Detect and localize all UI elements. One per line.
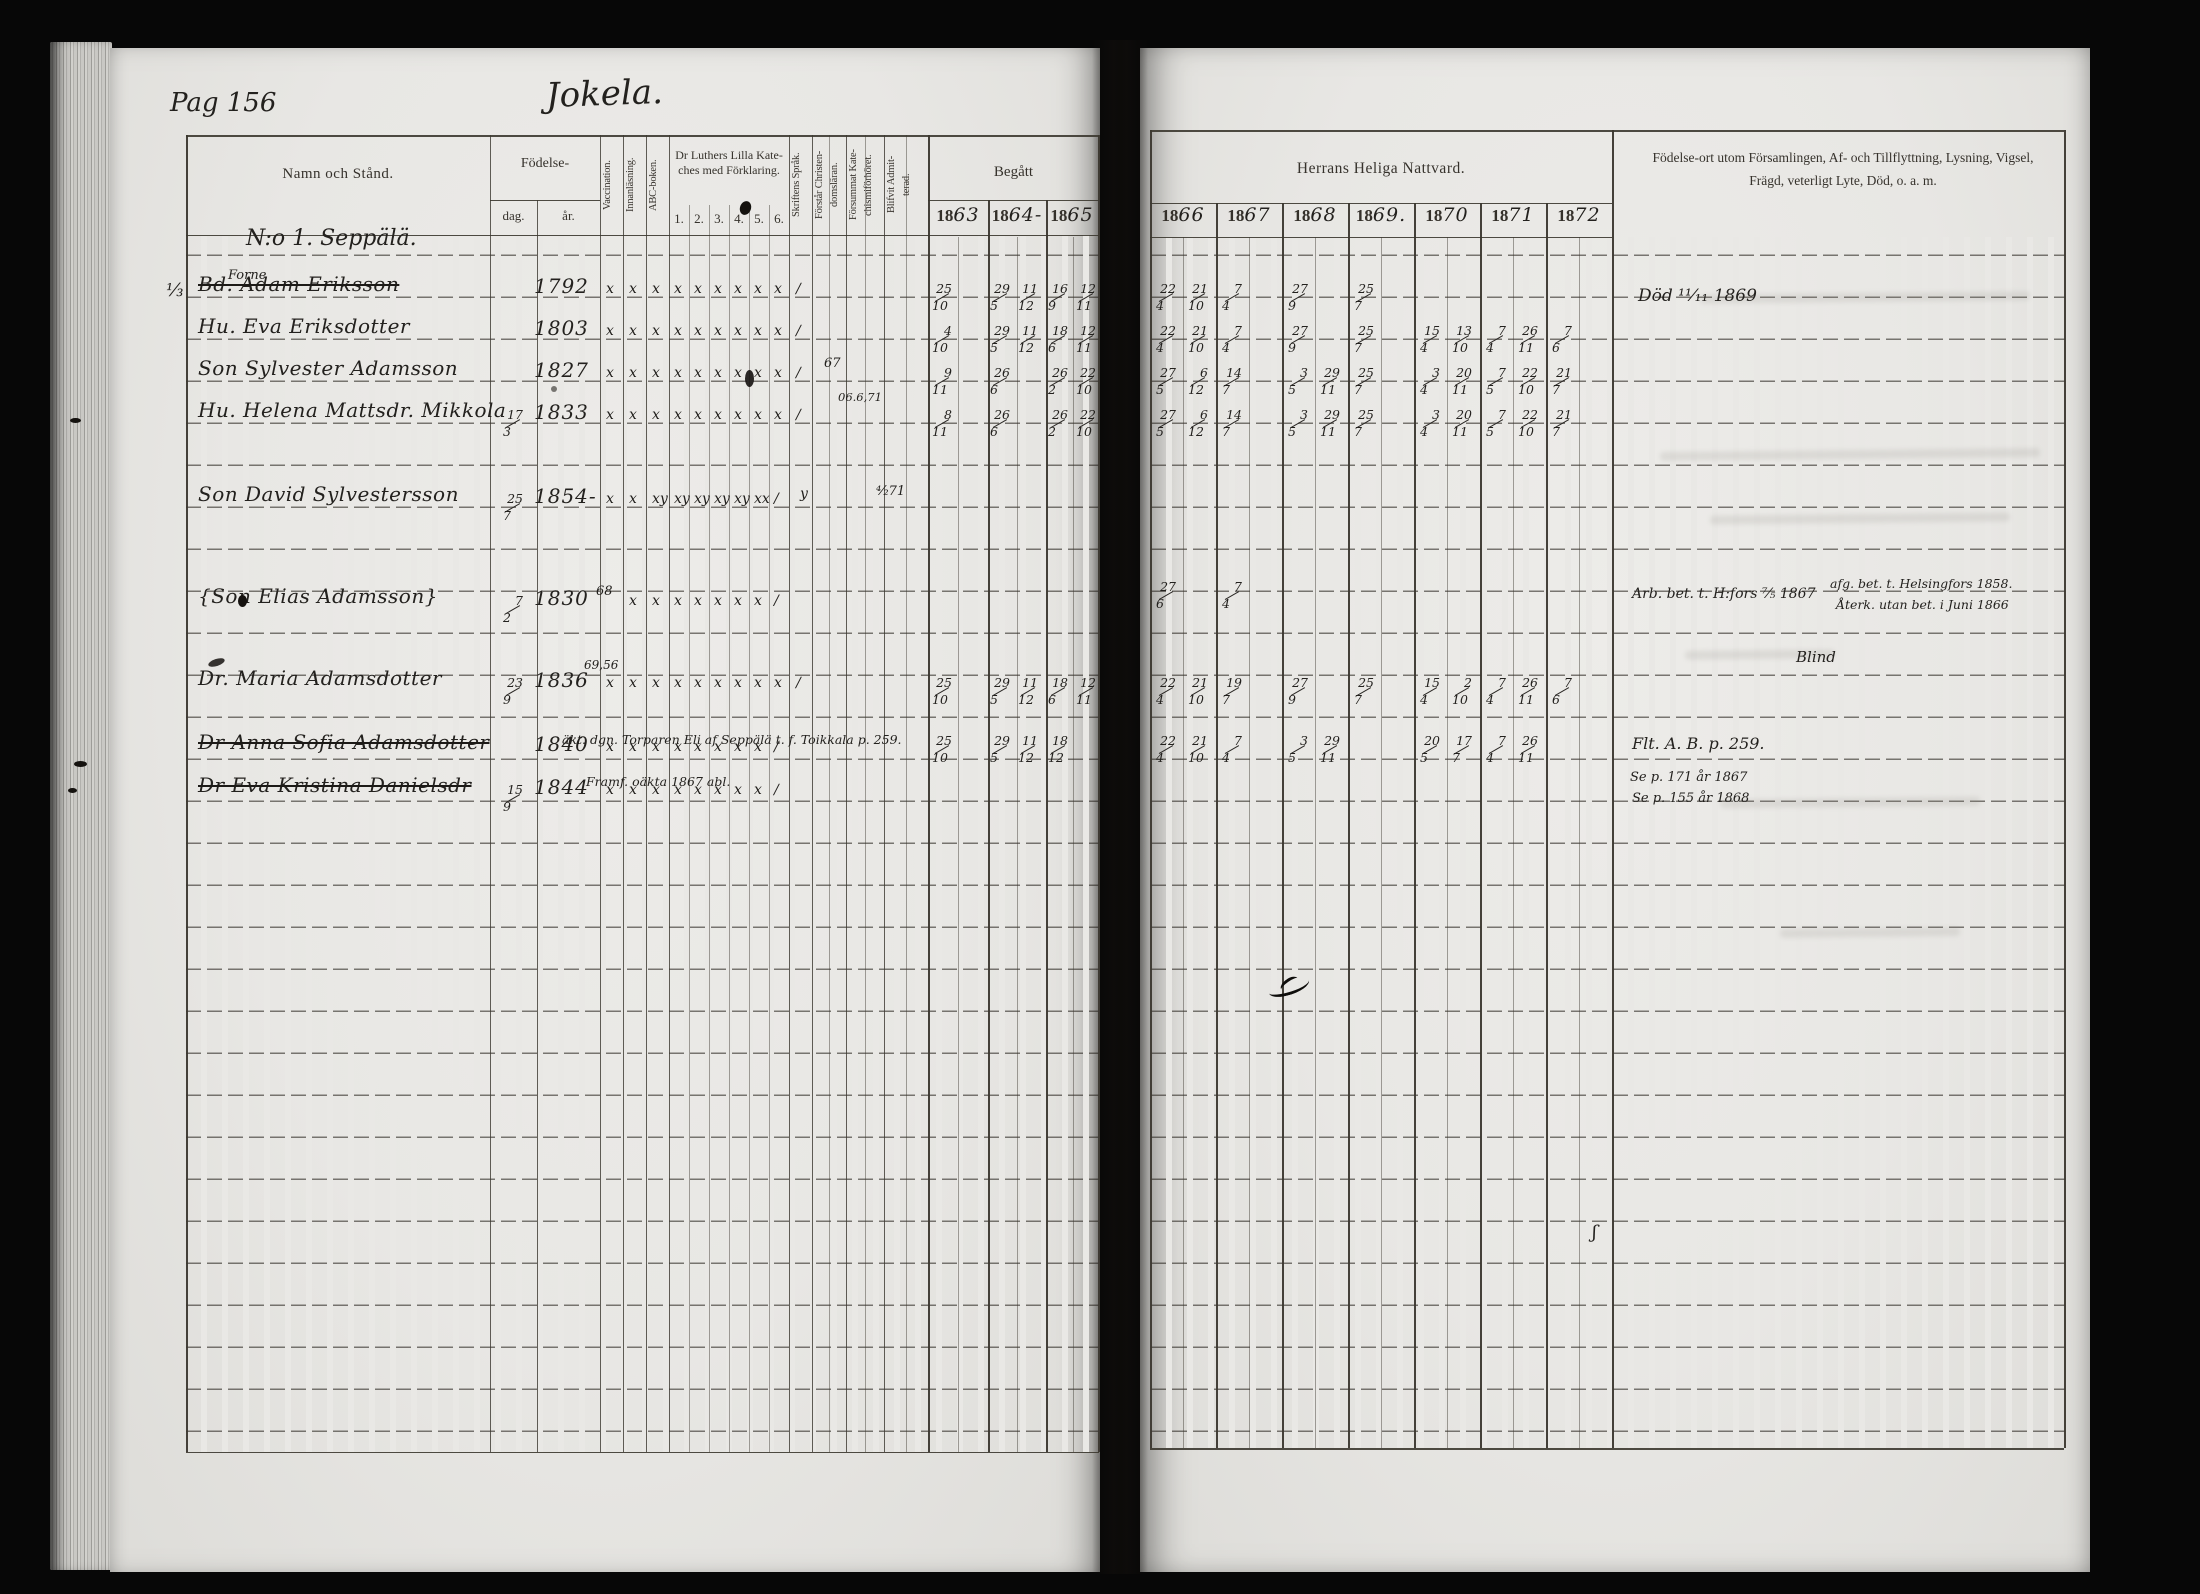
grid-line-vertical — [749, 205, 750, 1452]
row-name: Hu. Eva Eriksdotter — [198, 314, 410, 338]
date-fraction: 295 — [987, 735, 1013, 765]
date-fraction: 811 — [929, 409, 955, 439]
grid-line-vertical — [865, 135, 866, 1452]
year-header: 1866 — [1150, 204, 1216, 226]
catechism-mark: x — [652, 593, 660, 609]
book-scan: Pag 156 Jokela. Namn och Stånd. Födelse-… — [0, 0, 2200, 1594]
year-header: 1865 — [1046, 204, 1098, 226]
date-fraction: 205 — [1417, 735, 1443, 765]
date-fraction: 257 — [1351, 367, 1377, 397]
catechism-mark: x — [734, 407, 742, 423]
catechism-mark: x — [674, 407, 682, 423]
date-fraction: 2011 — [1449, 409, 1475, 439]
grid-line-vertical — [958, 237, 959, 1452]
catechism-mark: x — [652, 365, 660, 381]
catechism-mark: x — [774, 281, 782, 297]
date-fraction: 72 — [500, 595, 526, 625]
table-content-overlay: 18631864-18651866186718681869.1870187118… — [0, 0, 2200, 1594]
date-fraction: 2210 — [1073, 367, 1099, 397]
date-fraction: 210 — [1449, 677, 1475, 707]
date-fraction: 74 — [1219, 283, 1245, 313]
date-fraction: 2510 — [929, 283, 955, 313]
grid-line-vertical — [1414, 203, 1416, 1448]
side-note: ⅓ — [166, 280, 183, 301]
date-fraction: 295 — [987, 677, 1013, 707]
date-fraction: 173 — [500, 409, 526, 439]
date-fraction: 2210 — [1515, 367, 1541, 397]
catechism-mark: x — [714, 281, 722, 297]
grid-line-vertical — [846, 135, 847, 1452]
catechism-mark: x — [606, 365, 614, 381]
date-fraction: 75 — [1483, 367, 1509, 397]
grid-line-vertical — [709, 205, 710, 1452]
side-note: 67 — [824, 356, 841, 371]
birth-year: 1827 — [534, 358, 589, 382]
catechism-mark: x — [629, 593, 637, 609]
catechism-mark: / — [774, 491, 779, 507]
grid-line-vertical — [884, 135, 885, 1452]
grid-line-vertical — [1579, 237, 1580, 1448]
date-fraction: 2911 — [1317, 409, 1343, 439]
grid-line-vertical — [1315, 237, 1316, 1448]
catechism-mark: ∕ — [796, 675, 801, 691]
date-fraction: 154 — [1417, 325, 1443, 355]
year-header: 1864- — [988, 204, 1046, 226]
date-fraction: 224 — [1153, 735, 1179, 765]
date-fraction: 147 — [1219, 409, 1245, 439]
row-name: {Son Elias Adamsson} — [198, 584, 438, 608]
date-fraction: 239 — [500, 677, 526, 707]
date-fraction: 1211 — [1073, 677, 1099, 707]
catechism-mark: x — [734, 365, 742, 381]
date-fraction: 2110 — [1185, 735, 1211, 765]
catechism-mark: x — [694, 365, 702, 381]
edge-mark — [70, 418, 81, 423]
date-fraction: 1211 — [1073, 283, 1099, 313]
date-fraction: 266 — [987, 409, 1013, 439]
date-fraction: 295 — [987, 325, 1013, 355]
side-note: 06.6,71 — [838, 390, 882, 404]
date-fraction: 257 — [1351, 283, 1377, 313]
grid-line-vertical — [1150, 130, 1152, 1448]
date-fraction: 154 — [1417, 677, 1443, 707]
grid-line-vertical — [1612, 130, 1614, 1448]
grid-line-vertical — [1381, 237, 1382, 1448]
year-header: 1872 — [1546, 204, 1612, 226]
catechism-mark: x — [629, 281, 637, 297]
date-fraction: 169 — [1045, 283, 1071, 313]
side-note: Blind — [1796, 648, 1836, 666]
grid-line-horizontal — [1150, 237, 1612, 238]
date-fraction: 34 — [1417, 367, 1443, 397]
date-fraction: 1211 — [1073, 325, 1099, 355]
grid-line-vertical — [537, 200, 538, 1452]
date-fraction: 257 — [1351, 677, 1377, 707]
catechism-mark: x — [734, 782, 742, 798]
birth-year: 1792 — [534, 274, 589, 298]
date-fraction: 2911 — [1317, 735, 1343, 765]
date-fraction: 35 — [1285, 367, 1311, 397]
ink-blob — [238, 595, 247, 607]
row-name: Hu. Helena Mattsdr. Mikkola — [198, 398, 506, 422]
catechism-mark: x — [734, 281, 742, 297]
date-fraction: 2611 — [1515, 677, 1541, 707]
date-fraction: 74 — [1483, 735, 1509, 765]
catechism-mark: x — [754, 593, 762, 609]
catechism-mark: x — [774, 323, 782, 339]
catechism-mark: xy — [652, 491, 668, 507]
catechism-mark: x — [734, 675, 742, 691]
date-fraction: 279 — [1285, 325, 1311, 355]
date-fraction: 2911 — [1317, 367, 1343, 397]
date-fraction: 2611 — [1515, 735, 1541, 765]
date-fraction: 1112 — [1015, 677, 1041, 707]
date-fraction: 275 — [1153, 367, 1179, 397]
birth-year: 1833 — [534, 400, 589, 424]
catechism-mark: x — [674, 593, 682, 609]
catechism-mark: x — [606, 281, 614, 297]
catechism-mark: xy — [674, 491, 690, 507]
side-note: Död ¹¹⁄₁₁ 1869 — [1638, 286, 1757, 306]
catechism-mark: xy — [714, 491, 730, 507]
grid-line-horizontal — [928, 200, 1099, 201]
date-fraction: 266 — [987, 367, 1013, 397]
catechism-mark: x — [606, 323, 614, 339]
catechism-mark: x — [652, 323, 660, 339]
grid-line-horizontal — [490, 200, 600, 201]
catechism-mark: x — [774, 407, 782, 423]
grid-line-vertical — [490, 135, 491, 1452]
date-fraction: 224 — [1153, 283, 1179, 313]
catechism-col-number: 1. — [669, 211, 689, 227]
date-fraction: 74 — [1483, 325, 1509, 355]
grid-line-vertical — [1282, 203, 1284, 1448]
catechism-mark: x — [606, 407, 614, 423]
catechism-mark: x — [734, 593, 742, 609]
catechism-mark: x — [629, 407, 637, 423]
catechism-mark: x — [674, 323, 682, 339]
grid-line-vertical — [600, 135, 601, 1452]
row-name: Son David Sylvestersson — [198, 482, 459, 506]
catechism-mark: x — [606, 675, 614, 691]
date-fraction: 276 — [1153, 581, 1179, 611]
catechism-mark: x — [629, 491, 637, 507]
catechism-mark: x — [714, 407, 722, 423]
catechism-mark: x — [734, 323, 742, 339]
catechism-mark: x — [694, 593, 702, 609]
side-note: Forne — [228, 268, 266, 283]
date-fraction: 612 — [1185, 367, 1211, 397]
year-header: 1867 — [1216, 204, 1282, 226]
grid-line-vertical — [1183, 237, 1184, 1448]
date-fraction: 275 — [1153, 409, 1179, 439]
catechism-mark: x — [606, 491, 614, 507]
catechism-col-number: 2. — [689, 211, 709, 227]
date-fraction: 257 — [500, 493, 526, 523]
row-name: Dr. Maria Adamsdotter — [198, 666, 442, 690]
grid-line-vertical — [1447, 237, 1448, 1448]
side-note: ʃ — [1592, 1222, 1597, 1243]
date-fraction: 224 — [1153, 677, 1179, 707]
catechism-mark: x — [694, 281, 702, 297]
date-fraction: 1310 — [1449, 325, 1475, 355]
grid-line-vertical — [646, 135, 647, 1452]
catechism-mark: x — [754, 675, 762, 691]
grid-line-vertical — [1216, 203, 1218, 1448]
birth-year: 1836 — [534, 668, 589, 692]
year-header: 1871 — [1480, 204, 1546, 226]
grid-line-vertical — [669, 135, 670, 1452]
date-fraction: 2210 — [1515, 409, 1541, 439]
date-fraction: 1112 — [1015, 735, 1041, 765]
side-note: ⁴⁄₂71 — [876, 484, 905, 499]
date-fraction: 2210 — [1073, 409, 1099, 439]
row-name: Dr Anna Sofia Adamsdotter — [198, 730, 489, 754]
date-fraction: 74 — [1483, 677, 1509, 707]
catechism-mark: x — [694, 323, 702, 339]
date-fraction: 257 — [1351, 325, 1377, 355]
grid-line-vertical — [2064, 130, 2066, 1448]
date-fraction: 34 — [1417, 409, 1443, 439]
side-note: Framf. oäkta 1867 abl. — [586, 774, 730, 789]
catechism-mark: x — [652, 281, 660, 297]
side-note: 69,56 — [584, 658, 618, 672]
side-note: 68 — [596, 584, 613, 599]
date-fraction: 2110 — [1185, 677, 1211, 707]
date-fraction: 147 — [1219, 367, 1245, 397]
row-name: Son Sylvester Adamsson — [198, 356, 458, 380]
catechism-mark: ∕ — [796, 407, 801, 423]
grid-line-vertical — [789, 135, 790, 1452]
date-fraction: 197 — [1219, 677, 1245, 707]
year-header: 1868 — [1282, 204, 1348, 226]
date-fraction: 279 — [1285, 283, 1311, 313]
date-fraction: 2611 — [1515, 325, 1541, 355]
grid-line-horizontal — [1150, 1448, 2064, 1450]
date-fraction: 279 — [1285, 677, 1311, 707]
catechism-mark: x — [714, 593, 722, 609]
catechism-mark: ∕ — [796, 323, 801, 339]
catechism-mark: / — [774, 593, 779, 609]
year-header: 1863 — [928, 204, 988, 226]
date-fraction: 76 — [1549, 325, 1575, 355]
birth-year: 1844 — [534, 775, 589, 799]
grid-line-vertical — [1017, 237, 1018, 1452]
date-fraction: 612 — [1185, 409, 1211, 439]
catechism-mark: xy — [734, 491, 750, 507]
catechism-mark: xy — [694, 491, 710, 507]
grid-line-vertical — [906, 135, 907, 1452]
catechism-col-number: 3. — [709, 211, 729, 227]
catechism-mark: ∕ — [796, 365, 801, 381]
date-fraction: 74 — [1219, 581, 1245, 611]
date-fraction: 35 — [1285, 735, 1311, 765]
date-fraction: 295 — [987, 283, 1013, 313]
date-fraction: 262 — [1045, 367, 1071, 397]
date-fraction: 35 — [1285, 409, 1311, 439]
date-fraction: 1112 — [1015, 283, 1041, 313]
date-fraction: 2510 — [929, 677, 955, 707]
catechism-mark: x — [629, 675, 637, 691]
grid-line-vertical — [769, 205, 770, 1452]
date-fraction: 217 — [1549, 409, 1575, 439]
date-fraction: 2110 — [1185, 325, 1211, 355]
catechism-mark: x — [629, 323, 637, 339]
side-note: Återk. utan bet. i Juni 1866 — [1836, 597, 2009, 612]
farm-header: N:o 1. Seppälä. — [246, 226, 417, 251]
date-fraction: 1112 — [1015, 325, 1041, 355]
grid-line-vertical — [812, 135, 813, 1452]
date-fraction: 159 — [500, 784, 526, 814]
date-fraction: 410 — [929, 325, 955, 355]
catechism-mark: x — [774, 365, 782, 381]
date-fraction: 1812 — [1045, 735, 1071, 765]
catechism-mark: x — [754, 281, 762, 297]
date-fraction: 76 — [1549, 677, 1575, 707]
catechism-mark: x — [754, 782, 762, 798]
birth-year: 1830 — [534, 586, 589, 610]
grid-line-vertical — [829, 135, 830, 1452]
grid-line-horizontal — [1150, 130, 2064, 132]
catechism-mark: x — [652, 675, 660, 691]
grid-line-horizontal — [186, 1452, 1099, 1453]
row-name: Dr Eva Kristina Danielsdr — [198, 773, 472, 797]
catechism-mark: x — [754, 365, 762, 381]
catechism-mark: x — [754, 407, 762, 423]
catechism-mark: x — [754, 323, 762, 339]
catechism-mark: x — [652, 407, 660, 423]
grid-line-vertical — [1480, 203, 1482, 1448]
side-note: y — [800, 486, 808, 502]
catechism-col-number: 5. — [749, 211, 769, 227]
grid-line-vertical — [729, 205, 730, 1452]
side-note: äkt. dgn. Torparen Eli af Seppälä t. f. … — [562, 732, 902, 747]
catechism-mark: x — [629, 365, 637, 381]
date-fraction: 177 — [1449, 735, 1475, 765]
side-note: afg. bet. t. Helsingfors 1858. — [1830, 576, 2012, 591]
catechism-mark: x — [714, 365, 722, 381]
catechism-mark: x — [694, 675, 702, 691]
date-fraction: 262 — [1045, 409, 1071, 439]
grid-line-vertical — [623, 135, 624, 1452]
date-fraction: 186 — [1045, 325, 1071, 355]
catechism-mark: x — [774, 675, 782, 691]
edge-mark — [68, 788, 77, 793]
grid-line-horizontal — [186, 135, 1099, 137]
date-fraction: 217 — [1549, 367, 1575, 397]
catechism-mark: x — [694, 407, 702, 423]
date-fraction: 2011 — [1449, 367, 1475, 397]
year-header: 1870 — [1414, 204, 1480, 226]
catechism-mark: x — [674, 281, 682, 297]
ink-blob — [745, 370, 754, 387]
date-fraction: 2110 — [1185, 283, 1211, 313]
grid-line-vertical — [186, 135, 188, 1452]
side-note: Se p. 171 år 1867 — [1630, 770, 1747, 785]
catechism-mark: x — [674, 365, 682, 381]
date-fraction: 74 — [1219, 325, 1245, 355]
side-note: Se p. 155 år 1868 — [1632, 791, 1749, 806]
side-note: Arb. bet. t. H:fors ⁷⁄₅ 1867 — [1632, 586, 1815, 602]
date-fraction: 186 — [1045, 677, 1071, 707]
catechism-mark: ∕ — [796, 281, 801, 297]
date-fraction: 257 — [1351, 409, 1377, 439]
side-note: Flt. A. B. p. 259. — [1632, 734, 1765, 753]
catechism-mark: ∕ — [774, 782, 779, 798]
date-fraction: 75 — [1483, 409, 1509, 439]
catechism-mark: x — [714, 675, 722, 691]
ink-speck — [551, 386, 557, 392]
edge-mark — [74, 761, 87, 767]
birth-year: 1803 — [534, 316, 589, 340]
date-fraction: 224 — [1153, 325, 1179, 355]
catechism-mark: xx — [754, 491, 770, 507]
grid-line-vertical — [1249, 237, 1250, 1448]
date-fraction: 74 — [1219, 735, 1245, 765]
year-header: 1869. — [1348, 204, 1414, 226]
date-fraction: 911 — [929, 367, 955, 397]
grid-line-vertical — [1348, 203, 1350, 1448]
catechism-col-number: 6. — [769, 211, 789, 227]
catechism-mark: x — [674, 675, 682, 691]
grid-line-vertical — [1513, 237, 1514, 1448]
grid-line-vertical — [689, 205, 690, 1452]
birth-year: 1854- — [534, 484, 597, 508]
date-fraction: 2510 — [929, 735, 955, 765]
grid-line-vertical — [1546, 203, 1548, 1448]
catechism-mark: x — [714, 323, 722, 339]
